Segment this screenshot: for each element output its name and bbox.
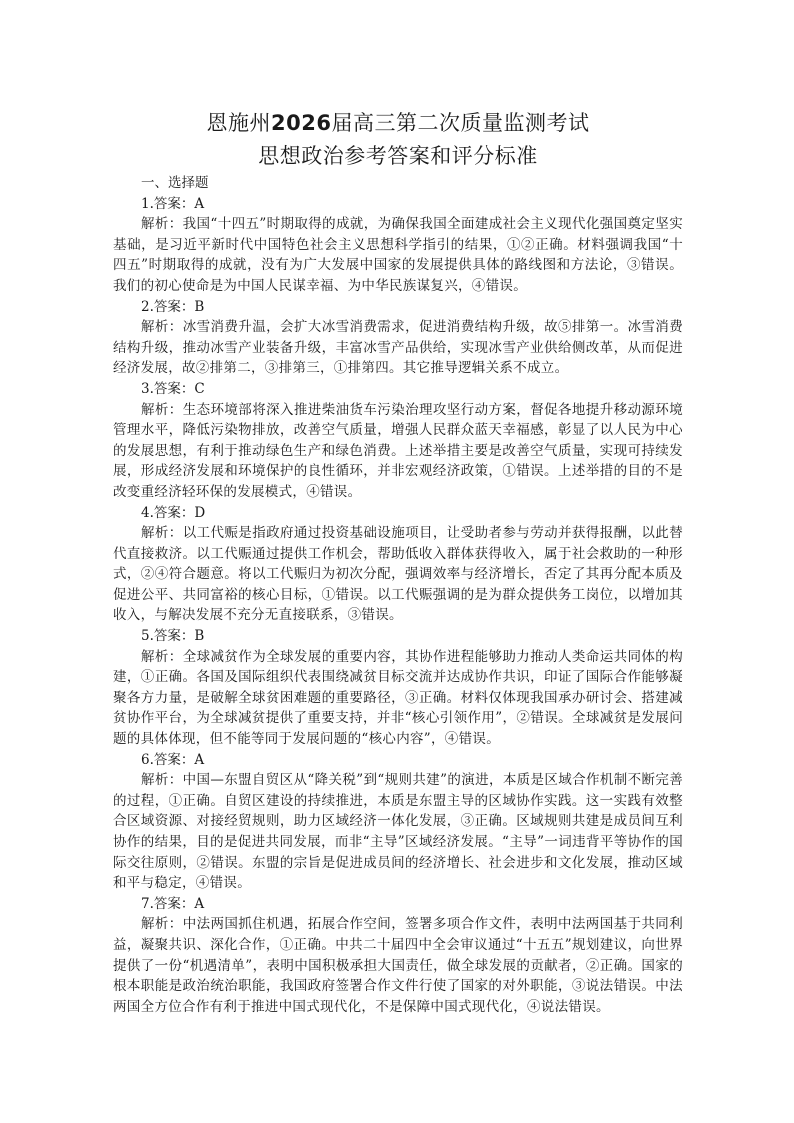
- explanation-text: 解析：全球减贫作为全球发展的重要内容，其协作进程能够助力推动人类命运共同体的构建…: [113, 647, 683, 750]
- question-6: 6.答案：A 解析：中国—东盟自贸区从“降关税”到“规则共建”的演进，本质是区域…: [113, 750, 683, 894]
- title-suffix: 届高三第二次质量监测考试: [331, 111, 589, 135]
- explanation-text: 解析：中法两国抓住机遇，拓展合作空间，签署多项合作文件，表明中法两国基于共同利益…: [113, 914, 683, 1017]
- question-5: 5.答案：B 解析：全球减贫作为全球发展的重要内容，其协作进程能够助力推动人类命…: [113, 626, 683, 750]
- document-page: 恩施州2026届高三第二次质量监测考试 思想政治参考答案和评分标准 一、选择题 …: [113, 108, 683, 1017]
- answer-line: 5.答案：B: [113, 626, 683, 647]
- question-4: 4.答案：D 解析：以工代赈是指政府通过投资基础设施项目，让受助者参与劳动并获得…: [113, 503, 683, 627]
- answer-line: 3.答案：C: [113, 379, 683, 400]
- title-prefix: 恩施州: [207, 111, 272, 135]
- explanation-text: 解析：冰雪消费升温，会扩大冰雪消费需求，促进消费结构升级，故⑤排第一。冰雪消费结…: [113, 317, 683, 379]
- explanation-text: 解析：以工代赈是指政府通过投资基础设施项目，让受助者参与劳动并获得报酬，以此替代…: [113, 523, 683, 626]
- question-7: 7.答案：A 解析：中法两国抓住机遇，拓展合作空间，签署多项合作文件，表明中法两…: [113, 894, 683, 1018]
- title-year: 2026: [271, 111, 331, 135]
- explanation-text: 解析：我国“十四五”时期取得的成就，为确保我国全面建成社会主义现代化强国奠定坚实…: [113, 214, 683, 296]
- answer-line: 6.答案：A: [113, 750, 683, 771]
- question-3: 3.答案：C 解析：生态环境部将深入推进柴油货车污染治理攻坚行动方案，督促各地提…: [113, 379, 683, 503]
- answer-line: 4.答案：D: [113, 503, 683, 524]
- answer-line: 1.答案：A: [113, 194, 683, 215]
- explanation-text: 解析：生态环境部将深入推进柴油货车污染治理攻坚行动方案，督促各地提升移动源环境管…: [113, 400, 683, 503]
- question-1: 1.答案：A 解析：我国“十四五”时期取得的成就，为确保我国全面建成社会主义现代…: [113, 194, 683, 297]
- answer-line: 2.答案：B: [113, 297, 683, 318]
- document-subtitle: 思想政治参考答案和评分标准: [113, 141, 683, 171]
- question-2: 2.答案：B 解析：冰雪消费升温，会扩大冰雪消费需求，促进消费结构升级，故⑤排第…: [113, 297, 683, 379]
- section-heading: 一、选择题: [113, 173, 683, 194]
- document-title: 恩施州2026届高三第二次质量监测考试: [113, 108, 683, 138]
- answer-line: 7.答案：A: [113, 894, 683, 915]
- explanation-text: 解析：中国—东盟自贸区从“降关税”到“规则共建”的演进，本质是区域合作机制不断完…: [113, 770, 683, 894]
